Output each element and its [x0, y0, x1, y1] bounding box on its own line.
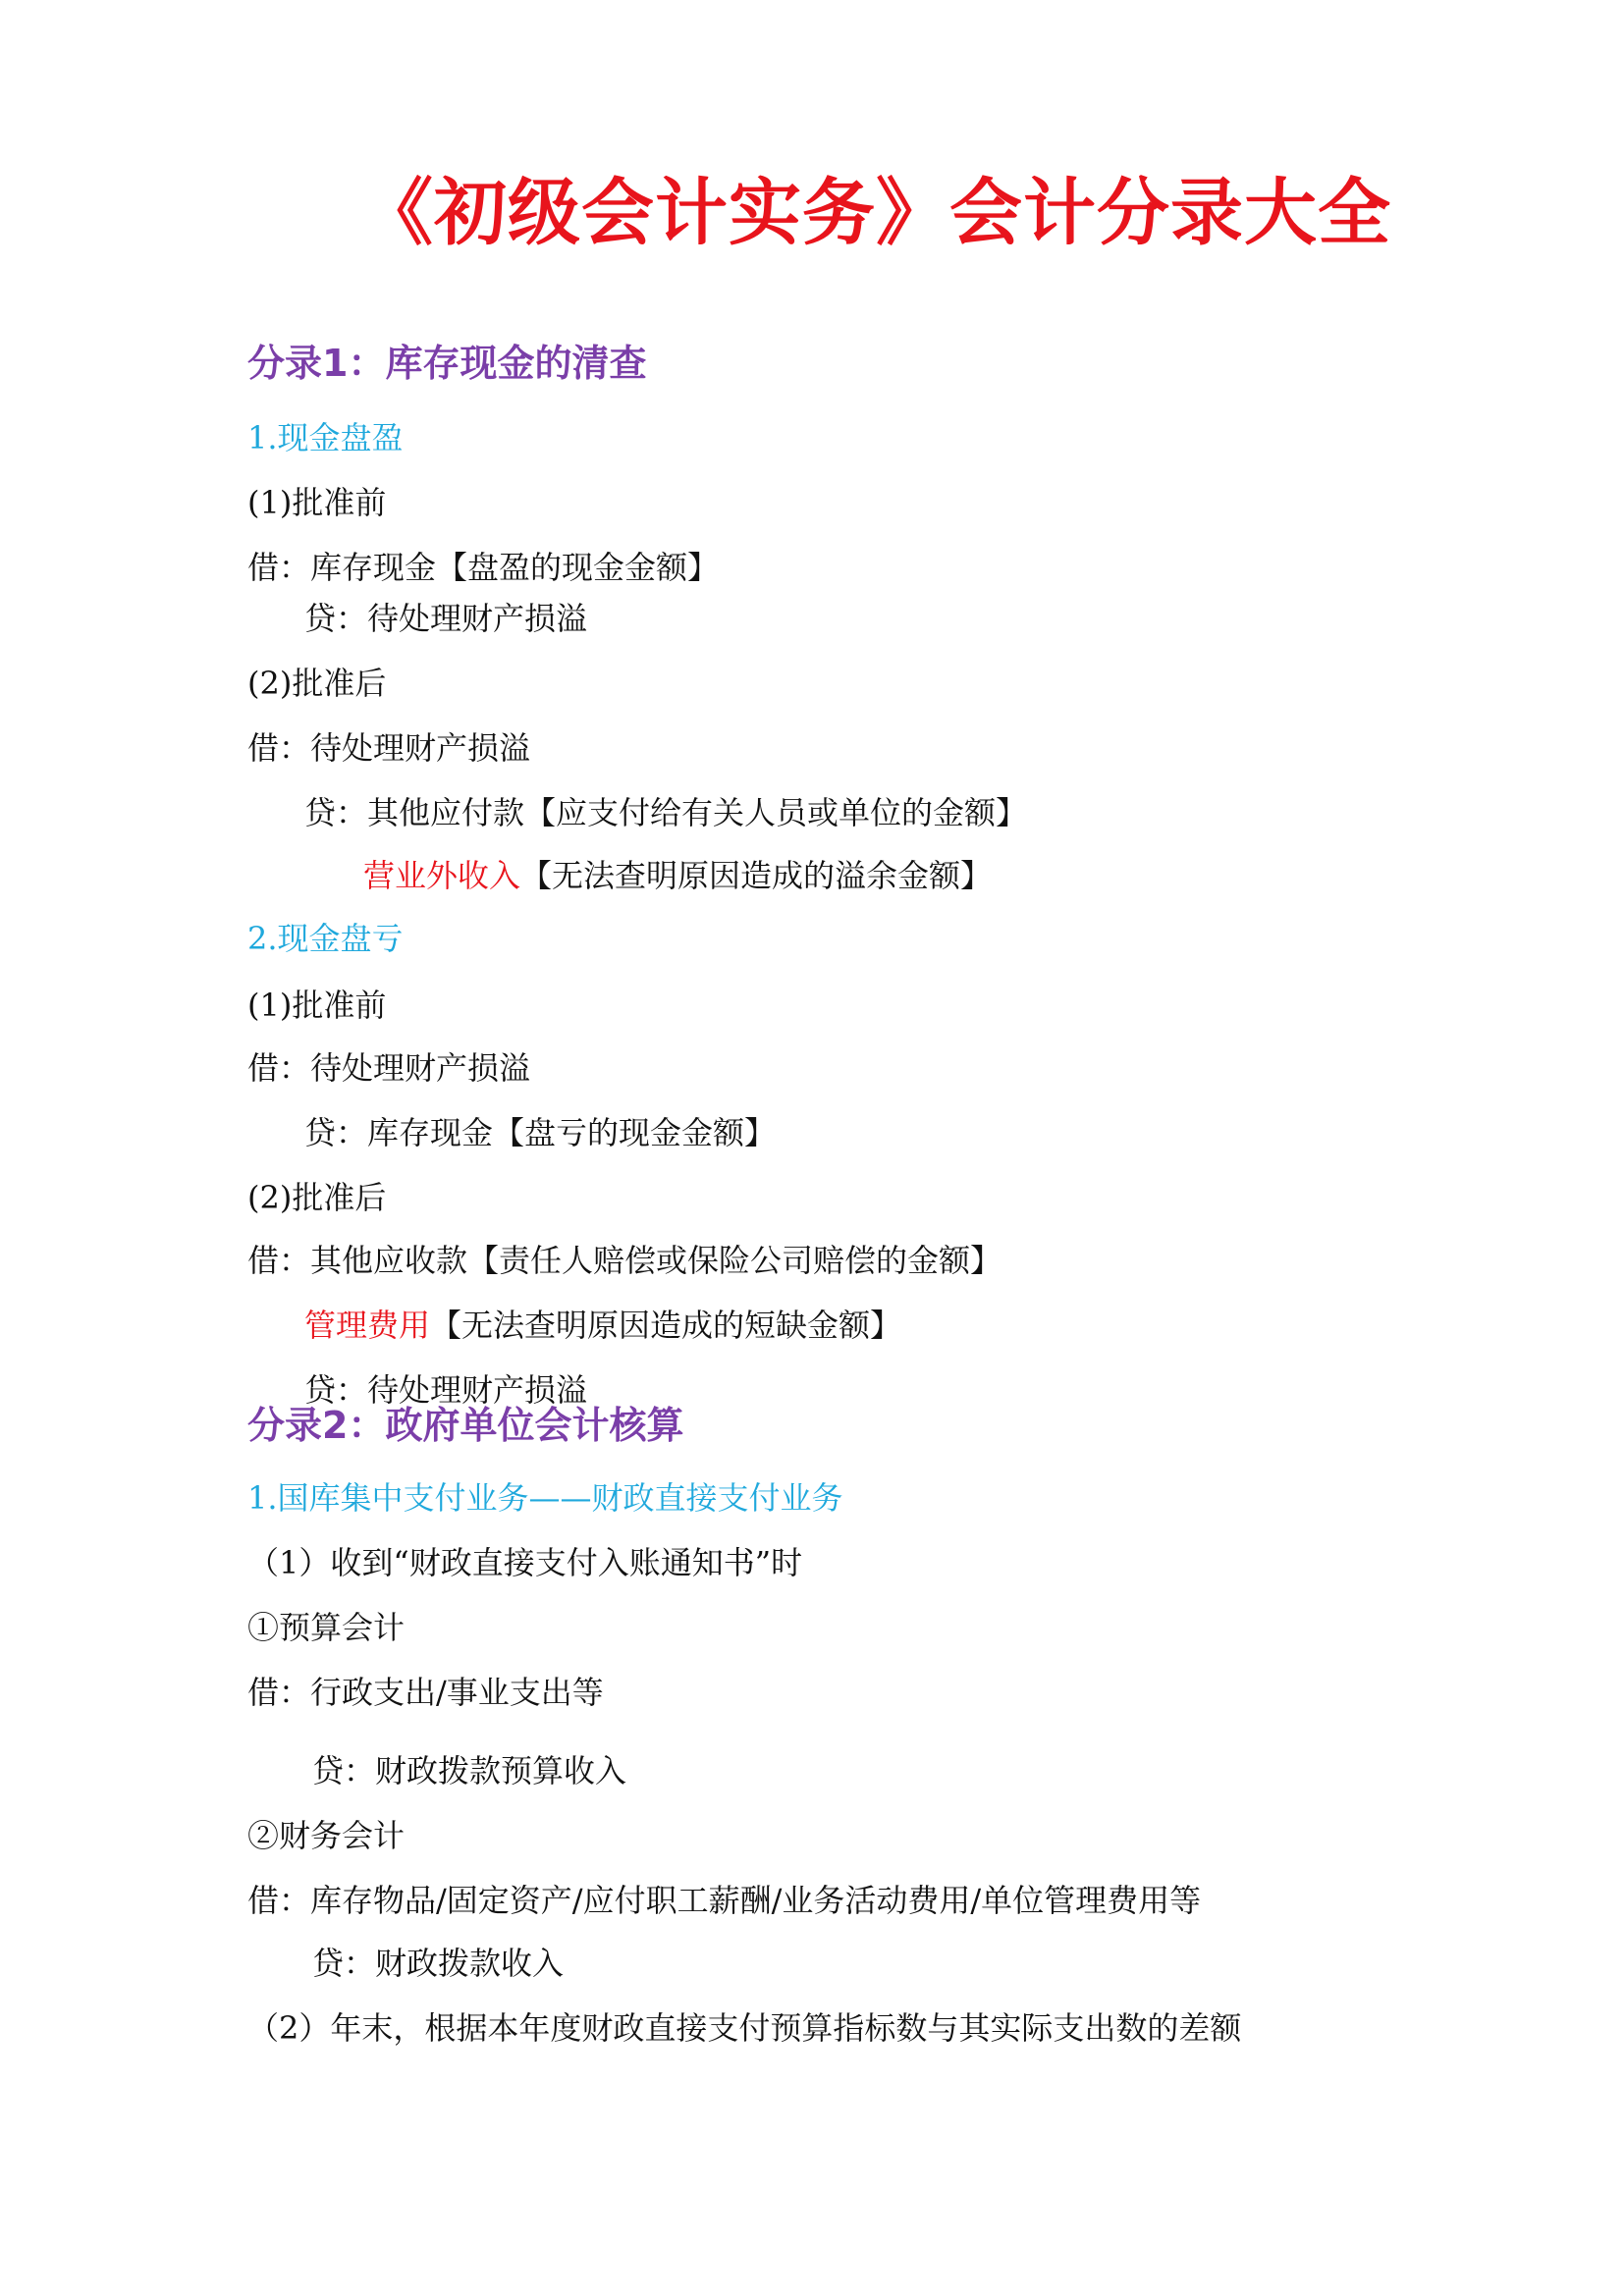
account-note: 【无法查明原因造成的溢余金额】 — [520, 857, 992, 894]
entry-step: （1）收到“财政直接支付入账通知书”时 — [247, 1543, 802, 1582]
credit-line: 贷：库存现金【盘亏的现金金额】 — [304, 1113, 776, 1152]
credit-line: 贷：财政拨款收入 — [312, 1944, 564, 1983]
sub-heading: 1.现金盘盈 — [247, 418, 404, 457]
entry-step: (1)批准前 — [247, 483, 386, 522]
entry-step: （2）年末，根据本年度财政直接支付预算指标数与其实际支出数的差额 — [247, 2008, 1241, 2048]
debit-line: 借：库存现金【盘盈的现金金额】 — [247, 548, 719, 587]
debit-line: 借：待处理财产损溢 — [247, 1048, 530, 1088]
entry-step: (1)批准前 — [247, 986, 386, 1025]
debit-line: 借：待处理财产损溢 — [247, 728, 530, 768]
debit-line: 借：其他应收款【责任人赔偿或保险公司赔偿的金额】 — [247, 1241, 1001, 1280]
account-note: 【无法查明原因造成的短缺金额】 — [430, 1307, 901, 1344]
credit-line-extra: 营业外收入【无法查明原因造成的溢余金额】 — [363, 856, 992, 895]
debit-line: 借：库存物品/固定资产/应付职工薪酬/业务活动费用/单位管理费用等 — [247, 1881, 1201, 1920]
highlight-account: 营业外收入 — [363, 857, 520, 894]
credit-line: 贷：待处理财产损溢 — [304, 599, 587, 638]
debit-line: 借：行政支出/事业支出等 — [247, 1673, 604, 1712]
credit-line: 贷：其他应付款【应支付给有关人员或单位的金额】 — [304, 793, 1027, 832]
highlight-account: 管理费用 — [304, 1307, 430, 1344]
credit-line: 贷：财政拨款预算收入 — [312, 1751, 626, 1790]
section-heading: 分录1：库存现金的清查 — [247, 344, 646, 383]
debit-line-extra: 管理费用【无法查明原因造成的短缺金额】 — [304, 1306, 901, 1345]
sub-heading: 2.现金盘亏 — [247, 919, 404, 958]
sub-heading: 1.国库集中支付业务——财政直接支付业务 — [247, 1478, 843, 1518]
entry-step: (2)批准后 — [247, 1178, 386, 1217]
entry-step: ②财务会计 — [247, 1816, 405, 1855]
section-heading: 分录2：政府单位会计核算 — [247, 1406, 683, 1445]
document-title: 《初级会计实务》会计分录大全 — [0, 155, 1624, 259]
entry-step: ①预算会计 — [247, 1608, 405, 1647]
entry-step: (2)批准后 — [247, 664, 386, 703]
